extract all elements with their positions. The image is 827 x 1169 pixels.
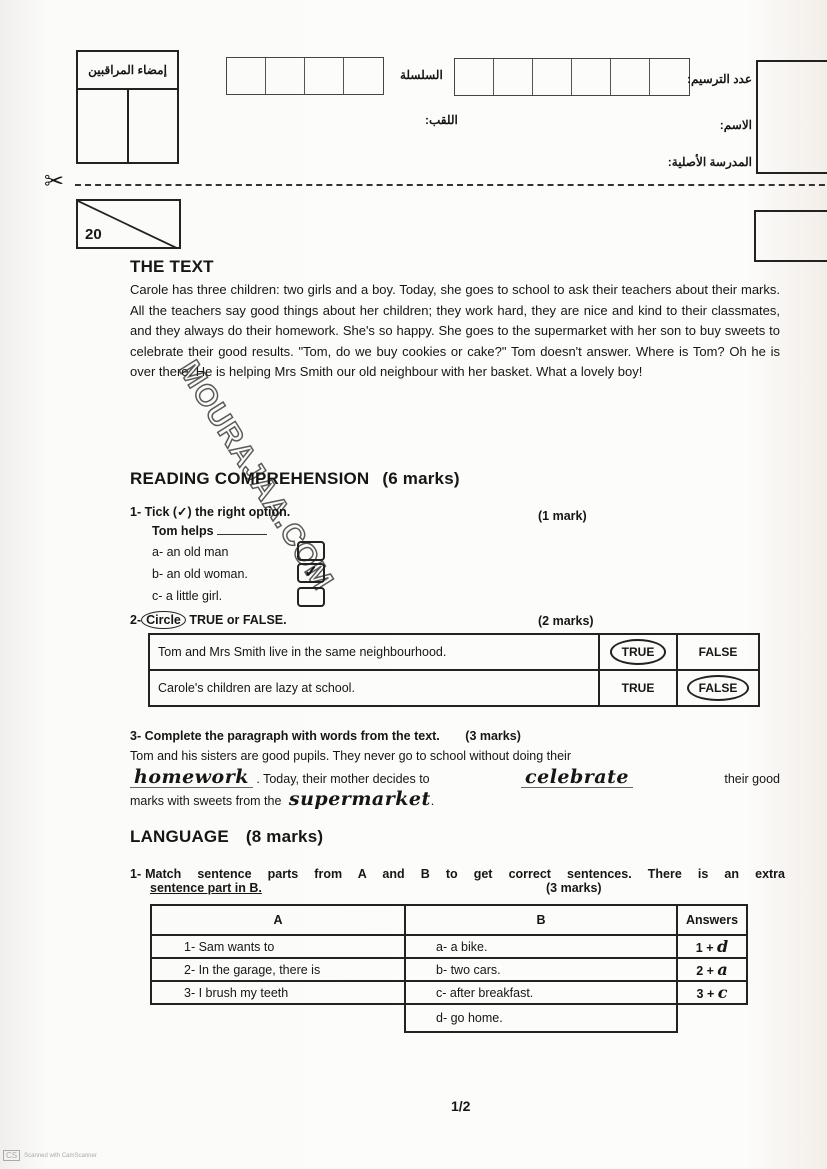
q3-answer-celebrate[interactable]: celebrate xyxy=(521,767,633,789)
answers-header: Answers xyxy=(677,905,747,935)
exam-page: إمضاء المراقبين السلسلة عدد الترسيم: الل… xyxy=(0,0,827,1169)
q1-option-a: a- an old man xyxy=(152,545,228,559)
tf-false-1[interactable]: FALSE xyxy=(677,634,759,670)
q1-option-b: b- an old woman. xyxy=(152,567,248,581)
q3-instruction: 3- Complete the paragraph with words fro… xyxy=(130,729,521,743)
column-a-item-2: 2- In the garage, there is xyxy=(151,958,405,981)
q3-line1: Tom and his sisters are good pupils. The… xyxy=(130,746,780,767)
scissors-icon: ✂ xyxy=(44,170,64,194)
column-a-item-3: 3- I brush my teeth xyxy=(151,981,405,1004)
q1-instruction: 1- Tick (✓) the right option. xyxy=(130,504,290,519)
tf-true-1[interactable]: TRUE xyxy=(599,634,677,670)
q3-paragraph: Tom and his sisters are good pupils. The… xyxy=(130,746,780,812)
column-b-item-c: c- after breakfast. xyxy=(405,981,677,1004)
scanner-text: Scanned with CamScanner xyxy=(24,1153,97,1159)
cut-line xyxy=(75,184,827,186)
registration-label: عدد الترسيم: xyxy=(687,72,752,86)
language-marks: (8 marks) xyxy=(246,827,323,846)
text-title: THE TEXT xyxy=(130,257,214,277)
q1-stem: Tom helps xyxy=(152,524,267,538)
language-title: LANGUAGE xyxy=(130,827,229,846)
matching-table: A B Answers 1- Sam wants to a- a bike. 1… xyxy=(150,904,748,1033)
answer-3[interactable]: 3 + c xyxy=(677,981,747,1004)
tf-false-2[interactable]: FALSE xyxy=(677,670,759,706)
tf-statement-2: Carole's children are lazy at school. xyxy=(149,670,599,706)
table-row: Tom and Mrs Smith live in the same neigh… xyxy=(149,634,759,670)
answer-2[interactable]: 2 + a xyxy=(677,958,747,981)
surname-label: اللقب: xyxy=(425,113,458,127)
q1-checkbox-a[interactable] xyxy=(297,541,325,561)
table-header-row: A B Answers xyxy=(151,905,747,935)
q1-checkbox-c[interactable] xyxy=(297,587,325,607)
answer-1[interactable]: 1 + d xyxy=(677,935,747,958)
id-box xyxy=(756,60,827,174)
language-q1-marks: (3 marks) xyxy=(546,881,602,895)
score-box: 20 xyxy=(76,199,181,249)
q3-line3: marks with sweets from the supermarket. xyxy=(130,789,780,812)
page-number: 1/2 xyxy=(451,1098,470,1114)
table-row: 1- Sam wants to a- a bike. 1 + d xyxy=(151,935,747,958)
q3-answer-homework[interactable]: homework xyxy=(130,767,253,789)
reading-title: READING COMPREHENSION xyxy=(130,469,369,488)
registration-digit-boxes[interactable] xyxy=(454,58,690,96)
language-section-title: LANGUAGE (8 marks) xyxy=(130,827,323,847)
table-row: d- go home. xyxy=(151,1004,747,1032)
q3-line2: homework . Today, their mother decides t… xyxy=(130,767,780,790)
table-row: 3- I brush my teeth c- after breakfast. … xyxy=(151,981,747,1004)
column-b-item-a: a- a bike. xyxy=(405,935,677,958)
language-q1-instruction: 1- Match sentence parts from A and B to … xyxy=(130,867,785,895)
scanner-stamp: CS Scanned with CamScanner xyxy=(3,1150,97,1161)
table-row: Carole's children are lazy at school. TR… xyxy=(149,670,759,706)
q1-checkbox-b[interactable]: ✓ xyxy=(297,563,325,583)
signature-cell-1[interactable] xyxy=(78,90,129,164)
tf-true-2[interactable]: TRUE xyxy=(599,670,677,706)
signature-cell-2[interactable] xyxy=(129,90,178,164)
q1-marks: (1 mark) xyxy=(538,509,587,523)
reading-marks: (6 marks) xyxy=(382,469,459,488)
column-b-item-d: d- go home. xyxy=(405,1004,677,1032)
score-total: 20 xyxy=(85,226,102,243)
table-row: 2- In the garage, there is b- two cars. … xyxy=(151,958,747,981)
q1-option-c: c- a little girl. xyxy=(152,589,222,603)
series-digit-boxes[interactable] xyxy=(226,57,384,95)
true-false-table: Tom and Mrs Smith live in the same neigh… xyxy=(148,633,760,707)
q2-instruction: 2-Circle TRUE or FALSE. xyxy=(130,613,287,627)
series-label: السلسلة xyxy=(400,68,443,82)
column-b-header: B xyxy=(405,905,677,935)
column-a-header: A xyxy=(151,905,405,935)
invigilators-label: إمضاء المراقبين xyxy=(78,52,177,90)
invigilators-signature-box: إمضاء المراقبين xyxy=(76,50,179,164)
column-a-item-1: 1- Sam wants to xyxy=(151,935,405,958)
school-label: المدرسة الأصلية: xyxy=(668,155,752,169)
name-label: الاسم: xyxy=(720,118,752,132)
column-b-item-b: b- two cars. xyxy=(405,958,677,981)
q2-marks: (2 marks) xyxy=(538,614,594,628)
camscanner-logo-icon: CS xyxy=(3,1150,20,1161)
mark-box xyxy=(754,210,827,262)
reading-section-title: READING COMPREHENSION (6 marks) xyxy=(130,469,460,489)
q3-answer-supermarket[interactable]: supermarket xyxy=(289,789,431,810)
reading-text: Carole has three children: two girls and… xyxy=(130,280,780,383)
tf-statement-1: Tom and Mrs Smith live in the same neigh… xyxy=(149,634,599,670)
